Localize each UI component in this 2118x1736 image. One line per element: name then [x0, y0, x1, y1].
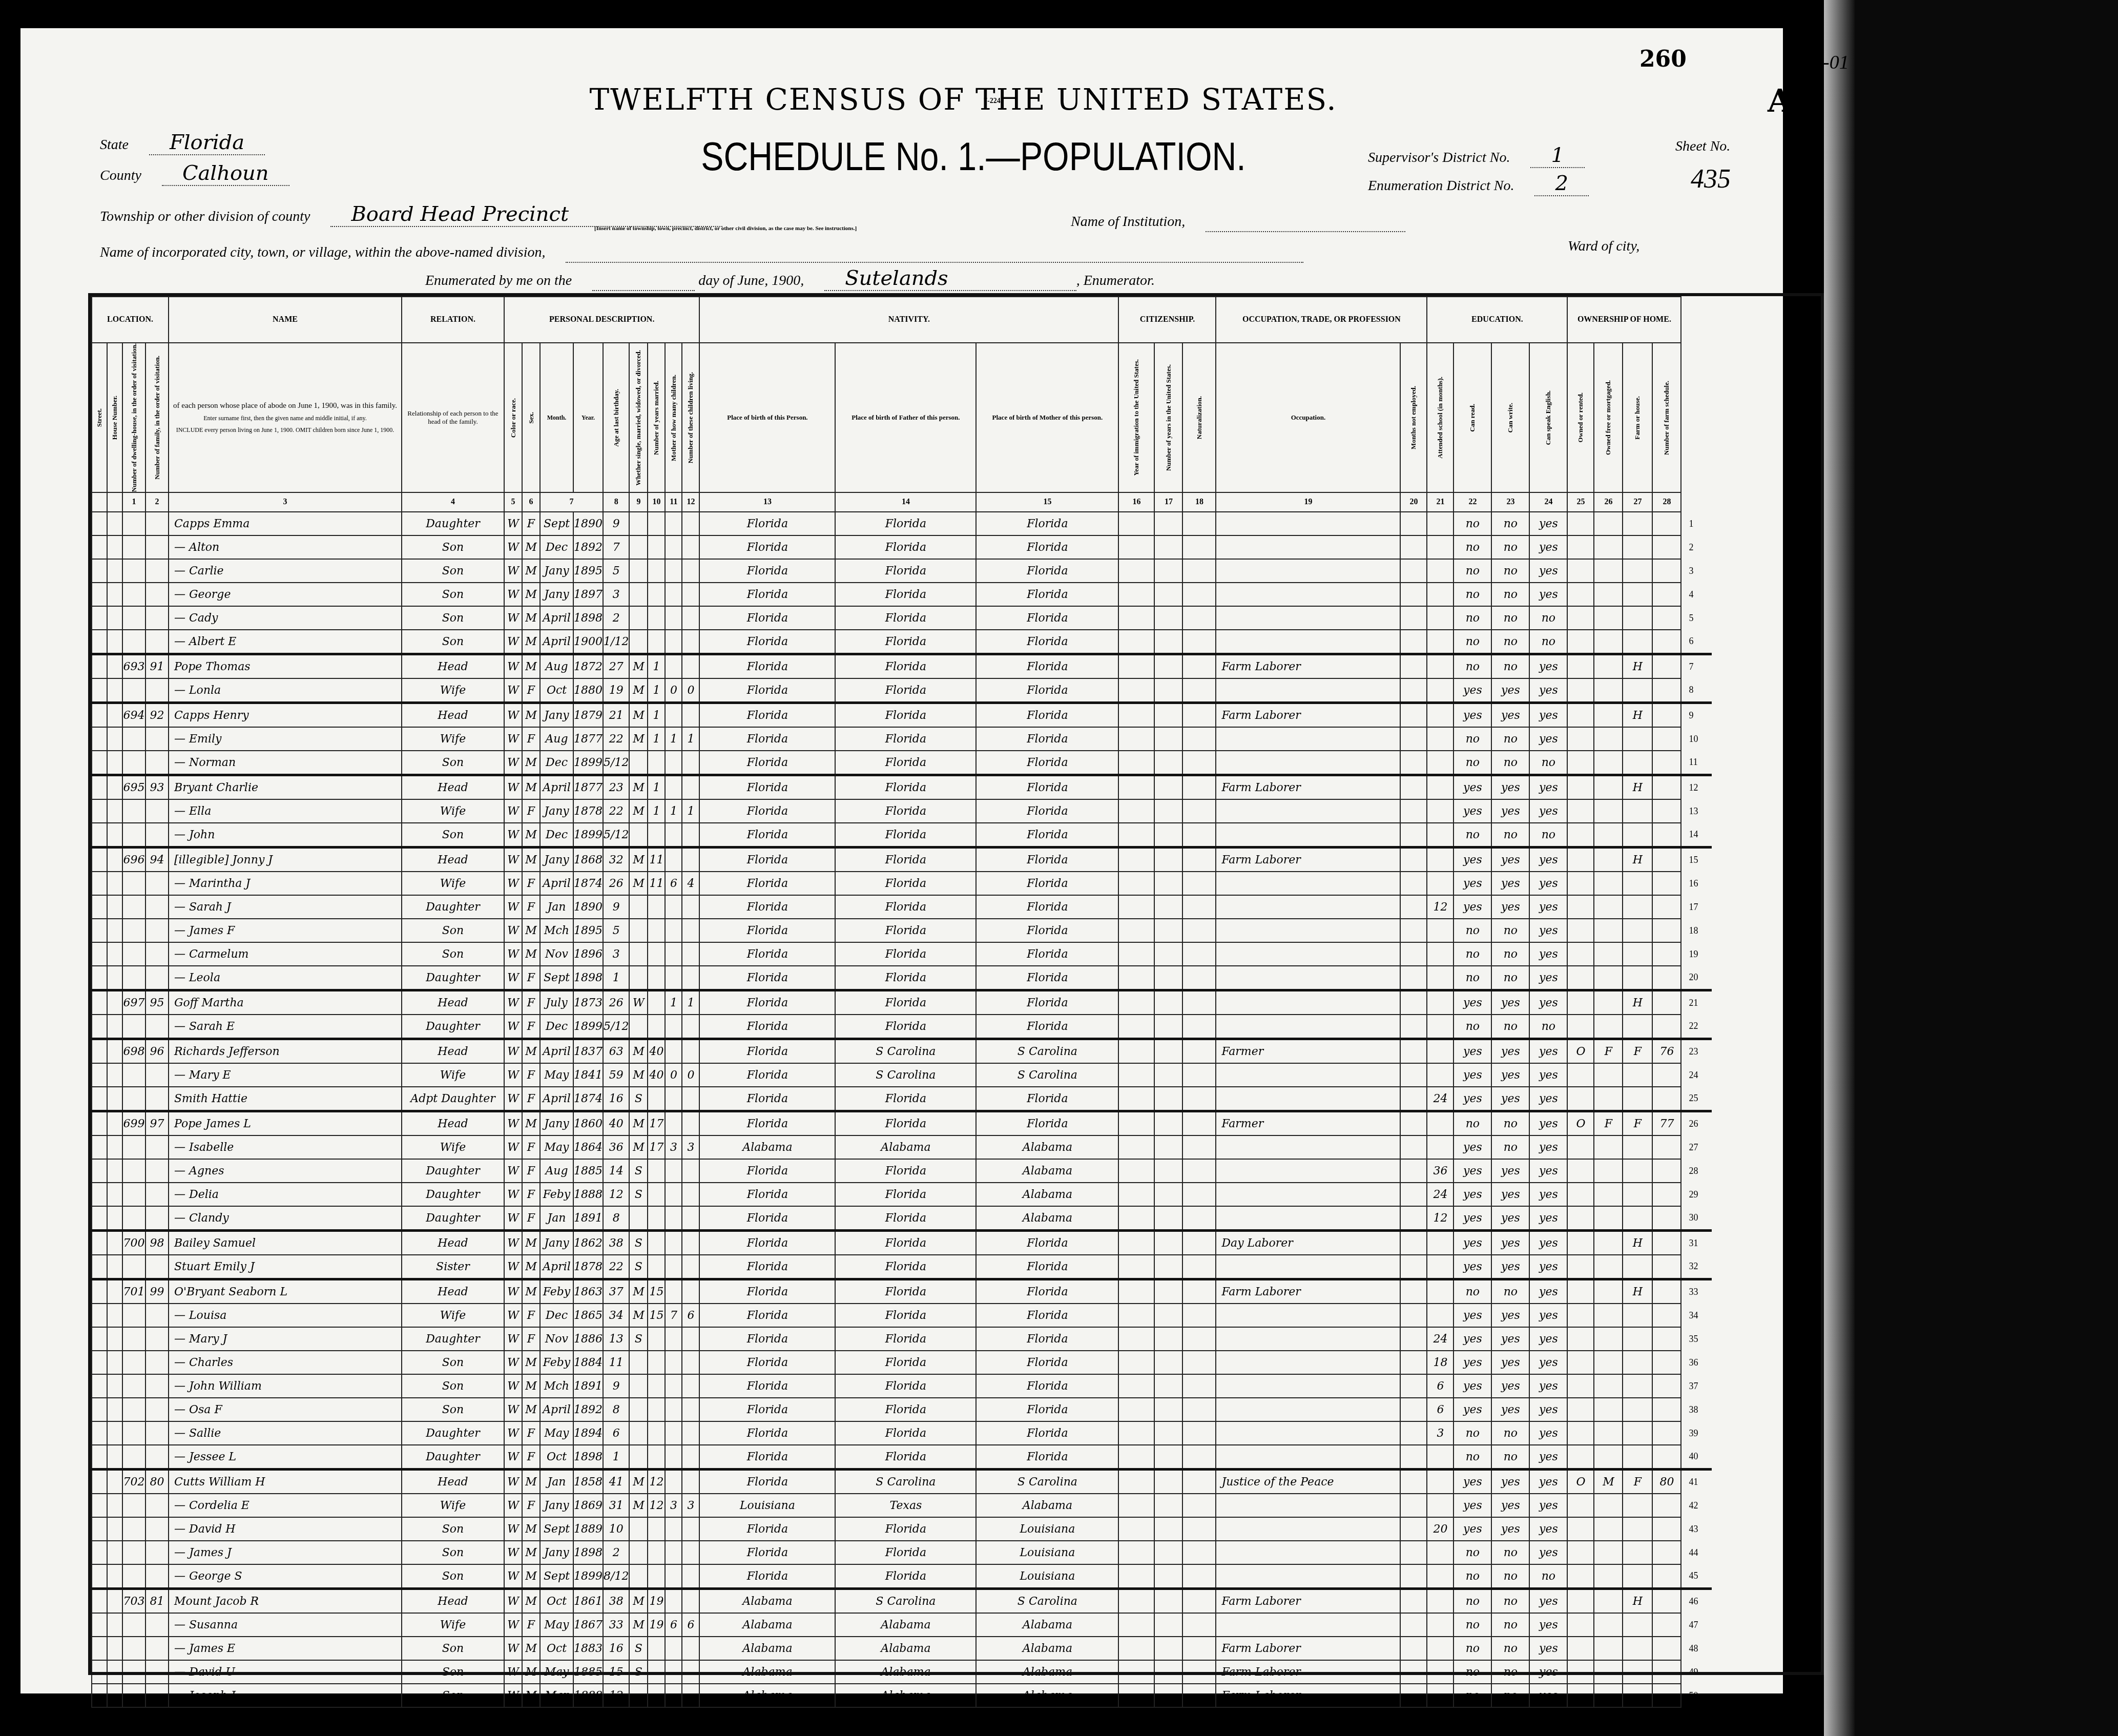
cell-farm-house — [1623, 1374, 1652, 1398]
stamp-note: 96-01 — [1803, 51, 1849, 74]
cell-immigration-year — [1118, 1279, 1154, 1304]
cell-color: W — [504, 942, 522, 966]
cell-house-number — [107, 1206, 122, 1231]
cell-sex: M — [522, 1470, 540, 1494]
cell-color: W — [504, 1039, 522, 1064]
township-hint: [Insert name of township, town, precinct… — [594, 225, 857, 232]
cell-birth-year: 1891 — [573, 1374, 603, 1398]
cell-birth-year: 1879 — [573, 703, 603, 728]
cell-can-read: yes — [1453, 1374, 1491, 1398]
cell-naturalization — [1182, 1613, 1216, 1637]
cell-children-born — [665, 1351, 682, 1374]
table-row: — David HSonWMSept188910FloridaFloridaLo… — [92, 1517, 1712, 1541]
cell-children-living — [682, 1279, 699, 1304]
cell-children-born — [665, 823, 682, 848]
cell-house-number — [107, 1541, 122, 1564]
cell-occupation: Farm Laborer — [1216, 1684, 1400, 1707]
cell-father-birthplace: Florida — [835, 895, 976, 919]
cell-farm-house: H — [1623, 703, 1652, 728]
cell-children-living — [682, 1470, 699, 1494]
cell-age: 1 — [603, 1445, 629, 1470]
cell-marital-status: M — [629, 678, 648, 703]
cell-color: W — [504, 919, 522, 942]
cell-father-birthplace: S Carolina — [835, 1039, 976, 1064]
cell-children-living — [682, 1398, 699, 1421]
table-row: — Cordelia EWifeWFJany186931M1233Louisia… — [92, 1494, 1712, 1517]
cell-house-number — [107, 1039, 122, 1064]
cell-house-number — [107, 990, 122, 1015]
cell-birthplace: Florida — [699, 1111, 835, 1136]
cell-years-in-us — [1154, 990, 1182, 1015]
cell-father-birthplace: Florida — [835, 606, 976, 630]
cell-person-name: — Albert E — [169, 630, 402, 654]
cell-house-number — [107, 1398, 122, 1421]
cell-years-in-us — [1154, 678, 1182, 703]
cell-house-number — [107, 559, 122, 583]
cell-immigration-year — [1118, 1398, 1154, 1421]
relation-header: RELATION. — [402, 297, 504, 343]
table-row: — AltonSonWMDec18927FloridaFloridaFlorid… — [92, 535, 1712, 559]
cell-occupation: Day Laborer — [1216, 1231, 1400, 1255]
cell-person-name: — Delia — [169, 1183, 402, 1206]
cell-owned-rented — [1567, 1063, 1594, 1087]
line-number: 22 — [1681, 1015, 1712, 1039]
cell-birth-year: 1899 — [573, 823, 603, 848]
cell-years-in-us — [1154, 703, 1182, 728]
city-field: Name of incorporated city, town, or vill… — [100, 238, 1303, 262]
cell-years-married — [648, 606, 665, 630]
cell-marital-status: M — [629, 727, 648, 751]
cell-family-number — [146, 727, 169, 751]
cell-person-name: Capps Emma — [169, 512, 402, 535]
cell-family-number — [146, 1494, 169, 1517]
cell-mother-birthplace: Alabama — [976, 1613, 1118, 1637]
cell-can-read: no — [1453, 1541, 1491, 1564]
cell-school-months — [1427, 775, 1453, 800]
cell-owned-rented — [1567, 799, 1594, 823]
line-number: 19 — [1681, 942, 1712, 966]
line-number: 1 — [1681, 512, 1712, 535]
line-number: 7 — [1681, 654, 1712, 679]
cell-speaks-english: yes — [1529, 1613, 1567, 1637]
cell-children-living — [682, 1541, 699, 1564]
cell-owned-rented — [1567, 1494, 1594, 1517]
table-row: — Osa FSonWMApril18928FloridaFloridaFlor… — [92, 1398, 1712, 1421]
cell-months-not-employed — [1400, 559, 1427, 583]
cell-father-birthplace: Florida — [835, 654, 976, 679]
cell-immigration-year — [1118, 966, 1154, 990]
col-immigration-year: Year of immigration to the United States… — [1118, 343, 1154, 492]
cell-can-write: no — [1491, 1637, 1529, 1660]
cell-relation: Head — [402, 1111, 504, 1136]
cell-months-not-employed — [1400, 751, 1427, 775]
cell-speaks-english: yes — [1529, 1517, 1567, 1541]
cell-owned-rented — [1567, 1159, 1594, 1183]
col-farm-house: Farm or house. — [1623, 343, 1652, 492]
table-row: — NormanSonWMDec18995/12FloridaFloridaFl… — [92, 751, 1712, 775]
cell-farm-schedule-number — [1652, 1255, 1681, 1279]
cell-years-in-us — [1154, 727, 1182, 751]
cell-can-read: yes — [1453, 678, 1491, 703]
line-number: 29 — [1681, 1183, 1712, 1206]
cell-marital-status: S — [629, 1087, 648, 1111]
cell-can-read: no — [1453, 1445, 1491, 1470]
cell-house-number — [107, 703, 122, 728]
cell-dwelling-number — [122, 535, 146, 559]
supervisor-district-field: Supervisor's District No.1 — [1368, 143, 1585, 167]
cell-can-write: no — [1491, 942, 1529, 966]
cell-family-number — [146, 512, 169, 535]
occupation-header: OCCUPATION, TRADE, OR PROFESSION — [1216, 297, 1427, 343]
cell-immigration-year — [1118, 1637, 1154, 1660]
cell-free-mortgaged — [1594, 823, 1623, 848]
cell-color: W — [504, 1159, 522, 1183]
cell-birth-year: 1869 — [573, 1494, 603, 1517]
cell-children-born — [665, 1231, 682, 1255]
cell-marital-status — [629, 823, 648, 848]
cell-school-months — [1427, 872, 1453, 895]
cell-person-name: — George — [169, 583, 402, 606]
cell-family-number: 92 — [146, 703, 169, 728]
cell-family-number — [146, 559, 169, 583]
cell-relation: Daughter — [402, 1206, 504, 1231]
cell-can-write: no — [1491, 1541, 1529, 1564]
cell-person-name: — Joseph J — [169, 1684, 402, 1707]
line-number: 36 — [1681, 1351, 1712, 1374]
cell-birthplace: Florida — [699, 942, 835, 966]
cell-color: W — [504, 1231, 522, 1255]
cell-birth-year: 1899 — [573, 1015, 603, 1039]
cell-father-birthplace: Florida — [835, 799, 976, 823]
cell-years-married: 17 — [648, 1111, 665, 1136]
cell-immigration-year — [1118, 1421, 1154, 1445]
cell-birth-month: Mch — [540, 919, 573, 942]
cell-owned-rented — [1567, 1255, 1594, 1279]
cell-farm-schedule-number — [1652, 1684, 1681, 1707]
line-number-gutter — [1681, 297, 1712, 343]
cell-marital-status: M — [629, 654, 648, 679]
cell-marital-status: M — [629, 703, 648, 728]
cell-marital-status — [629, 583, 648, 606]
cell-father-birthplace: Florida — [835, 535, 976, 559]
cell-street — [92, 1494, 107, 1517]
cell-years-in-us — [1154, 895, 1182, 919]
cell-immigration-year — [1118, 751, 1154, 775]
cell-house-number — [107, 1327, 122, 1351]
line-number: 18 — [1681, 919, 1712, 942]
cell-birthplace: Florida — [699, 1231, 835, 1255]
cell-house-number — [107, 1183, 122, 1206]
cell-birth-month: July — [540, 990, 573, 1015]
cell-family-number — [146, 1564, 169, 1589]
cell-can-write: yes — [1491, 1255, 1529, 1279]
cell-school-months: 20 — [1427, 1517, 1453, 1541]
cell-farm-schedule-number — [1652, 848, 1681, 872]
cell-dwelling-number: 695 — [122, 775, 146, 800]
cell-naturalization — [1182, 1063, 1216, 1087]
table-row: — GeorgeSonWMJany18973FloridaFloridaFlor… — [92, 583, 1712, 606]
cell-relation: Head — [402, 775, 504, 800]
cell-children-born — [665, 1327, 682, 1351]
cell-relation: Wife — [402, 1304, 504, 1327]
cell-farm-house — [1623, 606, 1652, 630]
cell-occupation — [1216, 919, 1400, 942]
cell-free-mortgaged — [1594, 919, 1623, 942]
cell-relation: Son — [402, 1637, 504, 1660]
cell-can-write: yes — [1491, 848, 1529, 872]
cell-birth-month: Oct — [540, 1445, 573, 1470]
table-row: 70381Mount Jacob RHeadWMOct186138M19Alab… — [92, 1589, 1712, 1614]
cell-children-born: 6 — [665, 872, 682, 895]
cell-mother-birthplace: Florida — [976, 703, 1118, 728]
col-years-married: Number of years married. — [648, 343, 665, 492]
cell-children-born — [665, 1589, 682, 1614]
cell-can-write: yes — [1491, 1494, 1529, 1517]
cell-children-living — [682, 1637, 699, 1660]
cell-years-in-us — [1154, 1255, 1182, 1279]
cell-farm-schedule-number — [1652, 1494, 1681, 1517]
cell-family-number — [146, 1637, 169, 1660]
cell-marital-status — [629, 942, 648, 966]
cell-street — [92, 1183, 107, 1206]
cell-father-birthplace: S Carolina — [835, 1470, 976, 1494]
cell-mother-birthplace: Florida — [976, 775, 1118, 800]
cell-street — [92, 1374, 107, 1398]
cell-house-number — [107, 872, 122, 895]
cell-can-read: yes — [1453, 1351, 1491, 1374]
cell-farm-house — [1623, 966, 1652, 990]
cell-occupation — [1216, 1327, 1400, 1351]
cell-speaks-english: no — [1529, 751, 1567, 775]
cell-street — [92, 1351, 107, 1374]
cell-age: 1/12 — [603, 630, 629, 654]
cell-years-in-us — [1154, 1159, 1182, 1183]
cell-can-write: no — [1491, 1015, 1529, 1039]
cell-months-not-employed — [1400, 1351, 1427, 1374]
cell-immigration-year — [1118, 1304, 1154, 1327]
cell-sex: M — [522, 1039, 540, 1064]
cell-children-living — [682, 942, 699, 966]
cell-owned-rented — [1567, 1374, 1594, 1398]
cell-free-mortgaged — [1594, 895, 1623, 919]
cell-can-write: yes — [1491, 678, 1529, 703]
cell-years-in-us — [1154, 606, 1182, 630]
cell-age: 7 — [603, 535, 629, 559]
cell-children-born — [665, 1111, 682, 1136]
cell-color: W — [504, 559, 522, 583]
cell-children-living: 1 — [682, 799, 699, 823]
cell-house-number — [107, 654, 122, 679]
cell-children-born: 6 — [665, 1613, 682, 1637]
cell-mother-birthplace: Alabama — [976, 1206, 1118, 1231]
line-number: 43 — [1681, 1517, 1712, 1541]
cell-birth-year: 1889 — [573, 1517, 603, 1541]
cell-street — [92, 990, 107, 1015]
cell-farm-house — [1623, 1206, 1652, 1231]
cell-house-number — [107, 1637, 122, 1660]
table-row: — Jessee LDaughterWFOct18981FloridaFlori… — [92, 1445, 1712, 1470]
table-row: 70098Bailey SamuelHeadWMJany186238SFlori… — [92, 1231, 1712, 1255]
cell-farm-house — [1623, 823, 1652, 848]
cell-years-married: 19 — [648, 1589, 665, 1614]
cell-marital-status — [629, 1684, 648, 1707]
cell-farm-house — [1623, 512, 1652, 535]
cell-naturalization — [1182, 799, 1216, 823]
cell-sex: F — [522, 1304, 540, 1327]
cell-school-months — [1427, 1684, 1453, 1707]
cell-family-number — [146, 1660, 169, 1684]
enumeration-date-field: Enumerated by me on the day of June, 190… — [425, 266, 1155, 290]
cell-immigration-year — [1118, 727, 1154, 751]
col-children-living: Number of these children living. — [682, 343, 699, 492]
cell-children-living — [682, 1660, 699, 1684]
cell-immigration-year — [1118, 1087, 1154, 1111]
cell-sex: M — [522, 606, 540, 630]
col-pob-father: Place of birth of Father of this person. — [835, 343, 976, 492]
cell-birthplace: Florida — [699, 1063, 835, 1087]
cell-immigration-year — [1118, 1564, 1154, 1589]
cell-color: W — [504, 1135, 522, 1159]
cell-owned-rented — [1567, 1327, 1594, 1351]
cell-school-months — [1427, 1111, 1453, 1136]
cell-family-number: 94 — [146, 848, 169, 872]
cell-birth-month: Sept — [540, 966, 573, 990]
cell-relation: Head — [402, 848, 504, 872]
cell-months-not-employed — [1400, 823, 1427, 848]
cell-immigration-year — [1118, 1374, 1154, 1398]
cell-dwelling-number — [122, 1421, 146, 1445]
cell-person-name: Pope Thomas — [169, 654, 402, 679]
cell-years-in-us — [1154, 1660, 1182, 1684]
cell-school-months — [1427, 583, 1453, 606]
cell-school-months — [1427, 678, 1453, 703]
cell-occupation — [1216, 872, 1400, 895]
cell-can-write: no — [1491, 512, 1529, 535]
cell-mother-birthplace: Florida — [976, 751, 1118, 775]
cell-can-read: yes — [1453, 990, 1491, 1015]
cell-age: 5 — [603, 559, 629, 583]
cell-years-married: 12 — [648, 1494, 665, 1517]
cell-sex: F — [522, 895, 540, 919]
cell-father-birthplace: Florida — [835, 872, 976, 895]
cell-birth-year: 1894 — [573, 1421, 603, 1445]
cell-farm-schedule-number — [1652, 703, 1681, 728]
cell-children-living — [682, 848, 699, 872]
cell-children-born — [665, 1255, 682, 1279]
cell-occupation — [1216, 678, 1400, 703]
cell-years-in-us — [1154, 1183, 1182, 1206]
cell-years-in-us — [1154, 1564, 1182, 1589]
cell-mother-birthplace: Florida — [976, 1374, 1118, 1398]
cell-occupation — [1216, 1304, 1400, 1327]
cell-children-born — [665, 535, 682, 559]
cell-months-not-employed — [1400, 1255, 1427, 1279]
cell-children-living — [682, 654, 699, 679]
cell-immigration-year — [1118, 1684, 1154, 1707]
cell-mother-birthplace: S Carolina — [976, 1470, 1118, 1494]
cell-dwelling-number — [122, 1327, 146, 1351]
cell-sex: M — [522, 751, 540, 775]
cell-occupation — [1216, 1063, 1400, 1087]
line-number: 21 — [1681, 990, 1712, 1015]
county-field: CountyCalhoun — [100, 161, 289, 185]
line-number: 40 — [1681, 1445, 1712, 1470]
cell-immigration-year — [1118, 1494, 1154, 1517]
cell-family-number — [146, 1135, 169, 1159]
cell-months-not-employed — [1400, 919, 1427, 942]
cell-children-born — [665, 1660, 682, 1684]
cell-age: 41 — [603, 1470, 629, 1494]
cell-speaks-english: yes — [1529, 1637, 1567, 1660]
cell-farm-house — [1623, 1637, 1652, 1660]
cell-school-months — [1427, 848, 1453, 872]
cell-years-in-us — [1154, 1111, 1182, 1136]
cell-farm-schedule-number: 76 — [1652, 1039, 1681, 1064]
cell-street — [92, 1135, 107, 1159]
cell-years-married: 12 — [648, 1470, 665, 1494]
cell-birth-year: 1877 — [573, 775, 603, 800]
cell-months-not-employed — [1400, 848, 1427, 872]
cell-occupation — [1216, 1613, 1400, 1637]
table-row: — JohnSonWMDec18995/12FloridaFloridaFlor… — [92, 823, 1712, 848]
cell-sex: M — [522, 1517, 540, 1541]
cell-farm-schedule-number: 80 — [1652, 1470, 1681, 1494]
cell-birth-month: Jany — [540, 799, 573, 823]
cell-birth-month: Feby — [540, 1279, 573, 1304]
cell-children-born — [665, 703, 682, 728]
cell-school-months — [1427, 751, 1453, 775]
cell-school-months — [1427, 512, 1453, 535]
cell-farm-schedule-number — [1652, 512, 1681, 535]
cell-birthplace: Louisiana — [699, 1494, 835, 1517]
cell-relation: Son — [402, 1684, 504, 1707]
cell-person-name: — Jessee L — [169, 1445, 402, 1470]
cell-owned-rented — [1567, 990, 1594, 1015]
cell-occupation — [1216, 535, 1400, 559]
cell-years-in-us — [1154, 799, 1182, 823]
cell-children-born — [665, 1374, 682, 1398]
cell-color: W — [504, 703, 522, 728]
cell-children-born — [665, 583, 682, 606]
cell-mother-birthplace: Louisiana — [976, 1541, 1118, 1564]
cell-mother-birthplace: Alabama — [976, 1637, 1118, 1660]
cell-years-in-us — [1154, 1231, 1182, 1255]
cell-dwelling-number — [122, 1159, 146, 1183]
cell-birthplace: Florida — [699, 606, 835, 630]
cell-house-number — [107, 1613, 122, 1637]
cell-speaks-english: yes — [1529, 1255, 1567, 1279]
cell-naturalization — [1182, 1279, 1216, 1304]
cell-age: 12 — [603, 1684, 629, 1707]
cell-marital-status: M — [629, 775, 648, 800]
cell-occupation: Farmer — [1216, 1039, 1400, 1064]
cell-birth-month: Jan — [540, 1470, 573, 1494]
cell-years-in-us — [1154, 823, 1182, 848]
cell-naturalization — [1182, 1541, 1216, 1564]
cell-family-number — [146, 942, 169, 966]
cell-father-birthplace: Florida — [835, 1111, 976, 1136]
cell-school-months — [1427, 823, 1453, 848]
cell-children-living — [682, 1445, 699, 1470]
cell-occupation — [1216, 1564, 1400, 1589]
cell-relation: Son — [402, 751, 504, 775]
cell-birth-month: Jany — [540, 1541, 573, 1564]
cell-birth-month: Nov — [540, 942, 573, 966]
cell-family-number — [146, 1613, 169, 1637]
cell-birthplace: Florida — [699, 966, 835, 990]
cell-birth-month: Nov — [540, 1327, 573, 1351]
table-row: 69593Bryant CharlieHeadWMApril187723M1Fl… — [92, 775, 1712, 800]
